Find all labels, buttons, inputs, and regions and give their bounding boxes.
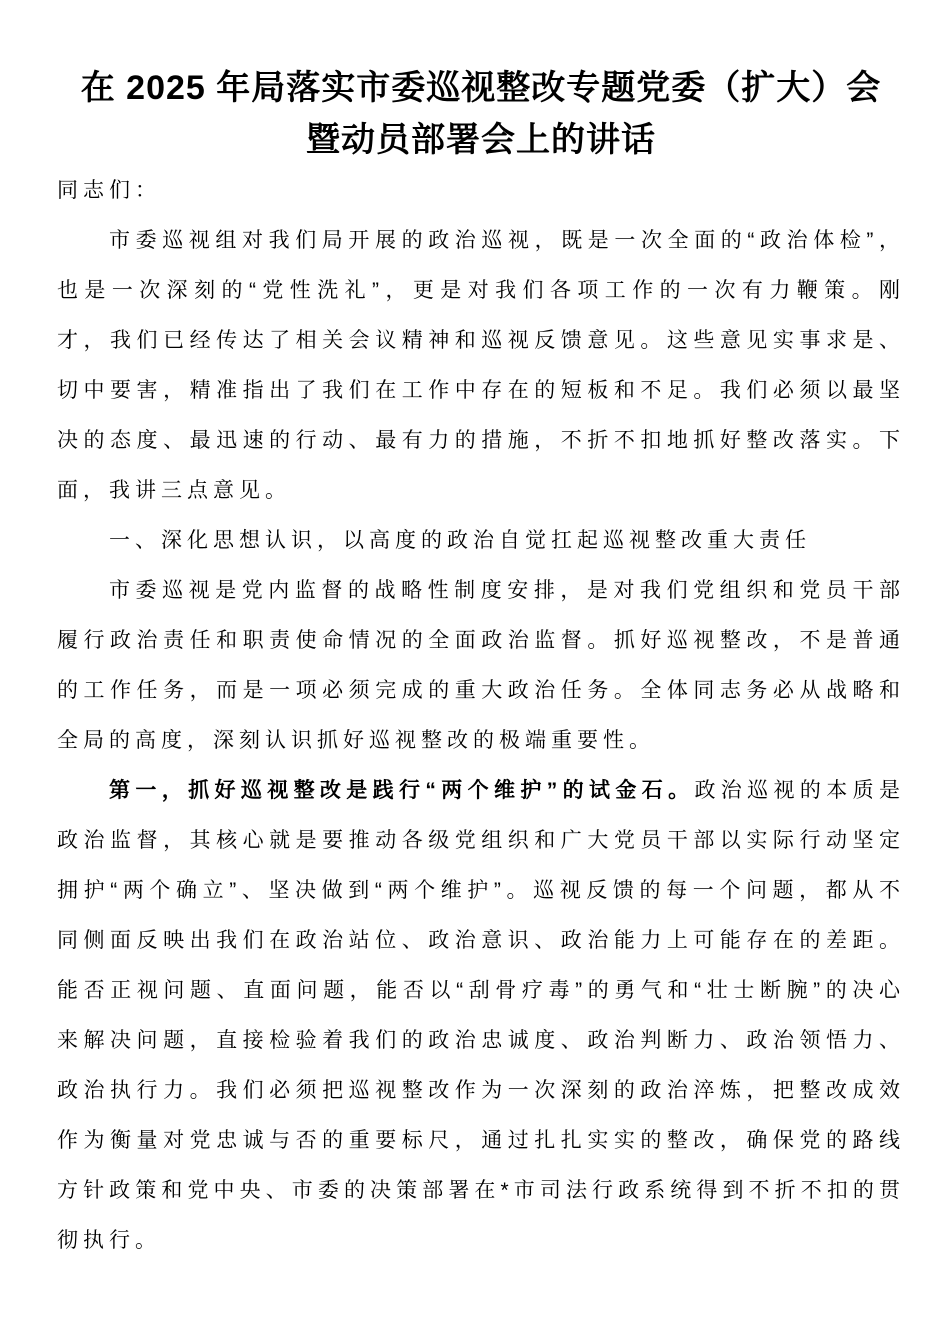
document-page: 在 2025 年局落实市委巡视整改专题党委（扩大）会 暨动员部署会上的讲话 同志… xyxy=(0,0,950,1344)
paragraph-point-1: 第一，抓好巡视整改是践行“两个维护”的试金石。政治巡视的本质是政治监督，其核心就… xyxy=(57,766,905,1266)
document-title: 在 2025 年局落实市委巡视整改专题党委（扩大）会 暨动员部署会上的讲话 xyxy=(57,62,905,166)
paragraph-section-1-body: 市委巡视是党内监督的战略性制度安排，是对我们党组织和党员干部履行政治责任和职责使… xyxy=(57,566,905,766)
document-title-line-1: 在 2025 年局落实市委巡视整改专题党委（扩大）会 xyxy=(57,62,905,114)
document-title-line-2: 暨动员部署会上的讲话 xyxy=(57,114,905,166)
paragraph-intro: 市委巡视组对我们局开展的政治巡视，既是一次全面的“政治体检”，也是一次深刻的“党… xyxy=(57,216,905,516)
paragraph-point-1-rest: 政治巡视的本质是政治监督，其核心就是要推动各级党组织和广大党员干部以实际行动坚定… xyxy=(57,779,905,1252)
document-body: 同志们： 市委巡视组对我们局开展的政治巡视，既是一次全面的“政治体检”，也是一次… xyxy=(57,166,905,1266)
section-heading-1: 一、深化思想认识，以高度的政治自觉扛起巡视整改重大责任 xyxy=(57,516,905,566)
paragraph-point-1-bold-lead: 第一，抓好巡视整改是践行“两个维护”的试金石。 xyxy=(109,779,694,802)
salutation: 同志们： xyxy=(57,166,905,216)
